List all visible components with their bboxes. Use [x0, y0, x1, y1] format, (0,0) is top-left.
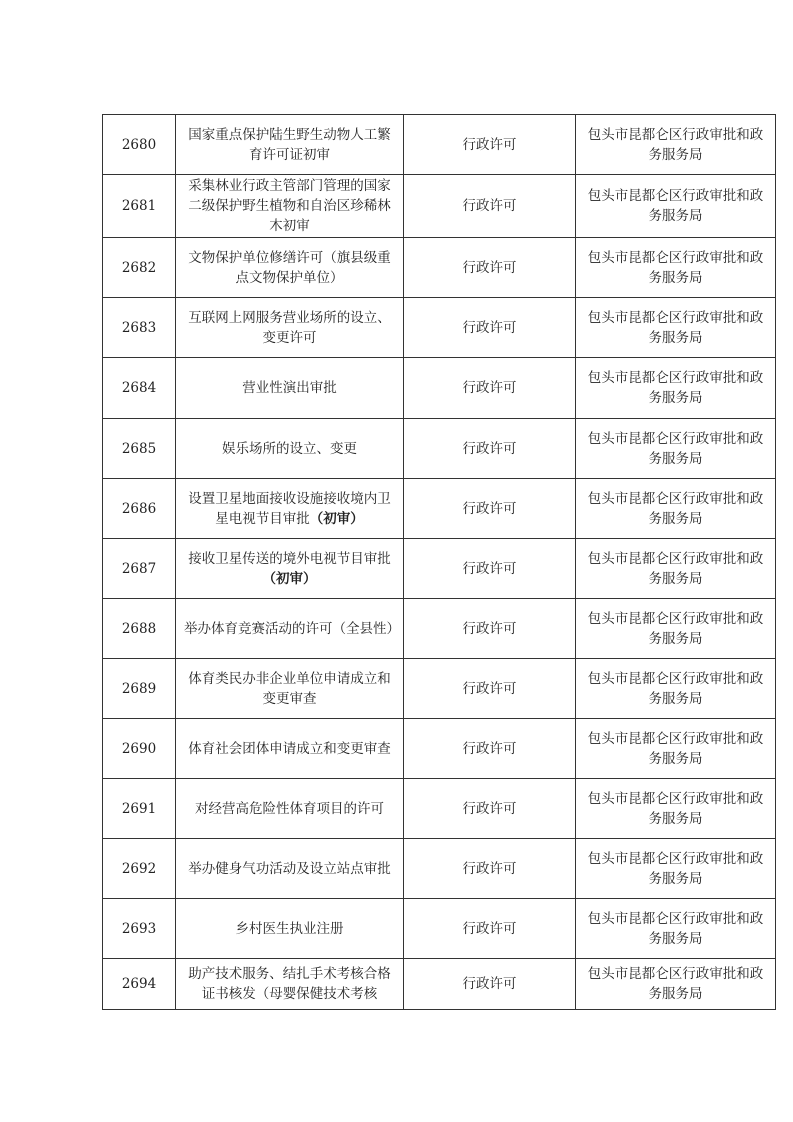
- item-name: 接收卫星传送的境外电视节目审批（初审）: [176, 539, 404, 599]
- table-row: 2687 接收卫星传送的境外电视节目审批（初审） 行政许可 包头市昆都仑区行政审…: [103, 539, 776, 599]
- table-row: 2681 采集林业行政主管部门管理的国家二级保护野生植物和自治区珍稀林木初审 行…: [103, 175, 776, 238]
- department: 包头市昆都仑区行政审批和政务服务局: [576, 899, 776, 959]
- department: 包头市昆都仑区行政审批和政务服务局: [576, 959, 776, 1010]
- item-type: 行政许可: [404, 539, 576, 599]
- row-number: 2680: [103, 115, 176, 175]
- table-row: 2690 体育社会团体申请成立和变更审查 行政许可 包头市昆都仑区行政审批和政务…: [103, 719, 776, 779]
- row-number: 2684: [103, 358, 176, 419]
- department: 包头市昆都仑区行政审批和政务服务局: [576, 779, 776, 839]
- item-name: 国家重点保护陆生野生动物人工繁育许可证初审: [176, 115, 404, 175]
- item-name: 助产技术服务、结扎手术考核合格证书核发（母婴保健技术考核: [176, 959, 404, 1010]
- item-name: 对经营高危险性体育项目的许可: [176, 779, 404, 839]
- item-name: 举办体育竞赛活动的许可（全县性）: [176, 599, 404, 659]
- row-number: 2688: [103, 599, 176, 659]
- row-number: 2687: [103, 539, 176, 599]
- department: 包头市昆都仑区行政审批和政务服务局: [576, 175, 776, 238]
- department: 包头市昆都仑区行政审批和政务服务局: [576, 659, 776, 719]
- item-type: 行政许可: [404, 659, 576, 719]
- row-number: 2681: [103, 175, 176, 238]
- table-row: 2682 文物保护单位修缮许可（旗县级重点文物保护单位） 行政许可 包头市昆都仑…: [103, 238, 776, 298]
- department: 包头市昆都仑区行政审批和政务服务局: [576, 298, 776, 358]
- item-type: 行政许可: [404, 839, 576, 899]
- table-row: 2688 举办体育竞赛活动的许可（全县性） 行政许可 包头市昆都仑区行政审批和政…: [103, 599, 776, 659]
- table-row: 2684 营业性演出审批 行政许可 包头市昆都仑区行政审批和政务服务局: [103, 358, 776, 419]
- department: 包头市昆都仑区行政审批和政务服务局: [576, 238, 776, 298]
- item-name: 营业性演出审批: [176, 358, 404, 419]
- row-number: 2682: [103, 238, 176, 298]
- item-name: 举办健身气功活动及设立站点审批: [176, 839, 404, 899]
- table-row: 2691 对经营高危险性体育项目的许可 行政许可 包头市昆都仑区行政审批和政务服…: [103, 779, 776, 839]
- row-number: 2694: [103, 959, 176, 1010]
- item-name: 设置卫星地面接收设施接收境内卫星电视节目审批（初审）: [176, 479, 404, 539]
- permit-table: 2680 国家重点保护陆生野生动物人工繁育许可证初审 行政许可 包头市昆都仑区行…: [102, 114, 776, 1010]
- item-name: 娱乐场所的设立、变更: [176, 419, 404, 479]
- department: 包头市昆都仑区行政审批和政务服务局: [576, 419, 776, 479]
- item-type: 行政许可: [404, 115, 576, 175]
- table-row: 2686 设置卫星地面接收设施接收境内卫星电视节目审批（初审） 行政许可 包头市…: [103, 479, 776, 539]
- row-number: 2692: [103, 839, 176, 899]
- row-number: 2689: [103, 659, 176, 719]
- item-name: 体育社会团体申请成立和变更审查: [176, 719, 404, 779]
- item-type: 行政许可: [404, 599, 576, 659]
- table-row: 2680 国家重点保护陆生野生动物人工繁育许可证初审 行政许可 包头市昆都仑区行…: [103, 115, 776, 175]
- department: 包头市昆都仑区行政审批和政务服务局: [576, 719, 776, 779]
- item-name: 采集林业行政主管部门管理的国家二级保护野生植物和自治区珍稀林木初审: [176, 175, 404, 238]
- department: 包头市昆都仑区行政审批和政务服务局: [576, 115, 776, 175]
- item-type: 行政许可: [404, 358, 576, 419]
- row-number: 2685: [103, 419, 176, 479]
- table-row: 2692 举办健身气功活动及设立站点审批 行政许可 包头市昆都仑区行政审批和政务…: [103, 839, 776, 899]
- table-row: 2683 互联网上网服务营业场所的设立、变更许可 行政许可 包头市昆都仑区行政审…: [103, 298, 776, 358]
- row-number: 2686: [103, 479, 176, 539]
- item-name: 体育类民办非企业单位申请成立和变更审查: [176, 659, 404, 719]
- item-name: 互联网上网服务营业场所的设立、变更许可: [176, 298, 404, 358]
- row-number: 2690: [103, 719, 176, 779]
- item-type: 行政许可: [404, 419, 576, 479]
- item-type: 行政许可: [404, 238, 576, 298]
- department: 包头市昆都仑区行政审批和政务服务局: [576, 599, 776, 659]
- item-type: 行政许可: [404, 175, 576, 238]
- department: 包头市昆都仑区行政审批和政务服务局: [576, 839, 776, 899]
- table-row: 2694 助产技术服务、结扎手术考核合格证书核发（母婴保健技术考核 行政许可 包…: [103, 959, 776, 1010]
- department: 包头市昆都仑区行政审批和政务服务局: [576, 539, 776, 599]
- table-row: 2685 娱乐场所的设立、变更 行政许可 包头市昆都仑区行政审批和政务服务局: [103, 419, 776, 479]
- table-row: 2693 乡村医生执业注册 行政许可 包头市昆都仑区行政审批和政务服务局: [103, 899, 776, 959]
- item-type: 行政许可: [404, 479, 576, 539]
- department: 包头市昆都仑区行政审批和政务服务局: [576, 479, 776, 539]
- row-number: 2691: [103, 779, 176, 839]
- item-type: 行政许可: [404, 719, 576, 779]
- item-type: 行政许可: [404, 779, 576, 839]
- item-type: 行政许可: [404, 298, 576, 358]
- item-name: 文物保护单位修缮许可（旗县级重点文物保护单位）: [176, 238, 404, 298]
- table-row: 2689 体育类民办非企业单位申请成立和变更审查 行政许可 包头市昆都仑区行政审…: [103, 659, 776, 719]
- item-type: 行政许可: [404, 959, 576, 1010]
- department: 包头市昆都仑区行政审批和政务服务局: [576, 358, 776, 419]
- row-number: 2683: [103, 298, 176, 358]
- item-type: 行政许可: [404, 899, 576, 959]
- row-number: 2693: [103, 899, 176, 959]
- item-name: 乡村医生执业注册: [176, 899, 404, 959]
